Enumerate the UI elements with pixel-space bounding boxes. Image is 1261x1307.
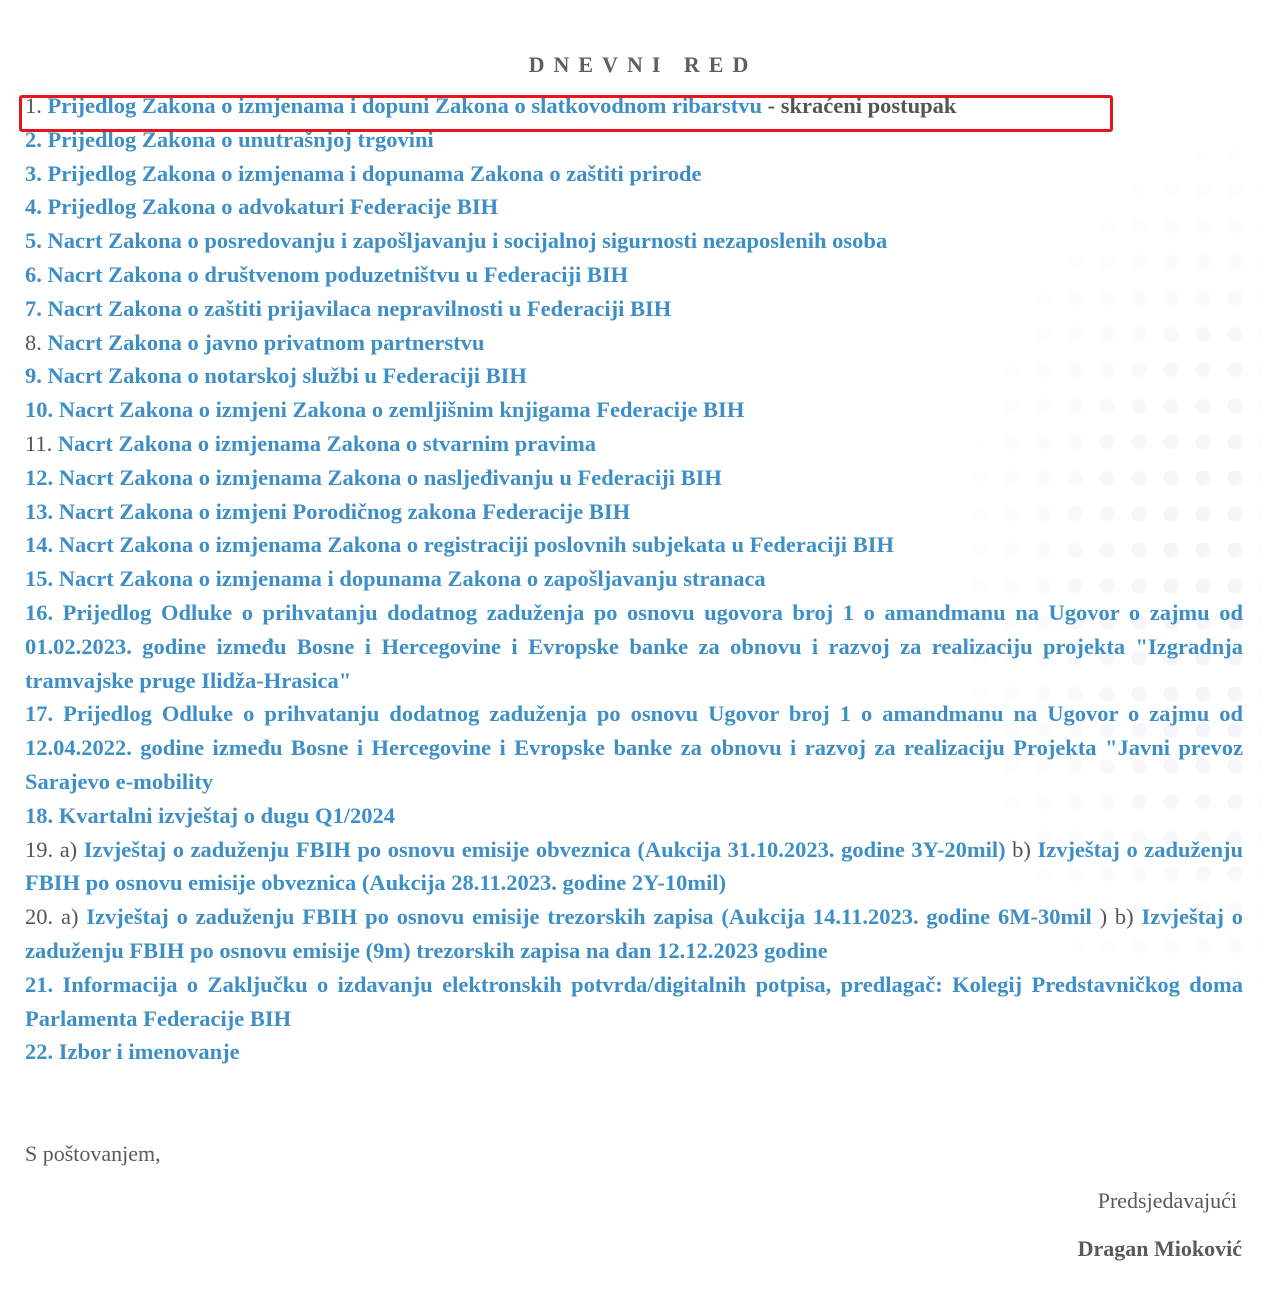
item-number: 17. (25, 701, 53, 726)
agenda-link[interactable]: Kvartalni izvještaj o dugu Q1/2024 (59, 803, 395, 828)
agenda-link[interactable]: Nacrt Zakona o izmjenama Zakona o stvarn… (58, 431, 596, 456)
agenda-link[interactable]: Nacrt Zakona o posredovanju i zapošljava… (48, 228, 888, 253)
agenda-link[interactable]: Prijedlog Zakona o izmjenama i dopuni Za… (48, 93, 762, 118)
agenda-item-22: 22. Izbor i imenovanje (25, 1035, 1243, 1069)
sub-label-a: a) (61, 904, 78, 929)
item-number: 14. (25, 532, 53, 557)
agenda-link-20a[interactable]: Izvještaj o zaduženju FBIH po osnovu emi… (86, 904, 1091, 929)
agenda-link[interactable]: Nacrt Zakona o izmjenama i dopunama Zako… (59, 566, 766, 591)
sub-label-a: a) (60, 837, 77, 862)
agenda-item-21: 21. Informacija o Zaključku o izdavanju … (25, 968, 1243, 1036)
agenda-item-15: 15. Nacrt Zakona o izmjenama i dopunama … (25, 562, 1243, 596)
agenda-link[interactable]: Prijedlog Odluke o prihvatanju dodatnog … (25, 600, 1243, 693)
agenda-item-7: 7. Nacrt Zakona o zaštiti prijavilaca ne… (25, 292, 1243, 326)
agenda-item-11: 11. Nacrt Zakona o izmjenama Zakona o st… (25, 427, 1243, 461)
agenda-link[interactable]: Nacrt Zakona o notarskoj službi u Federa… (48, 363, 527, 388)
agenda-item-10: 10. Nacrt Zakona o izmjeni Zakona o zeml… (25, 393, 1243, 427)
agenda-item-17: 17. Prijedlog Odluke o prihvatanju dodat… (25, 697, 1243, 798)
agenda-link[interactable]: Prijedlog Zakona o izmjenama i dopunama … (48, 161, 702, 186)
agenda-document: DNEVNI RED 1. Prijedlog Zakona o izmjena… (25, 0, 1243, 1069)
agenda-item-5: 5. Nacrt Zakona o posredovanju i zapošlj… (25, 224, 1243, 258)
agenda-item-19: 19. a) Izvještaj o zaduženju FBIH po osn… (25, 833, 1243, 901)
item-number: 13. (25, 499, 53, 524)
item-number: 20. (25, 904, 53, 929)
item-number: 9. (25, 363, 42, 388)
agenda-link[interactable]: Prijedlog Zakona o unutrašnjoj trgovini (48, 127, 434, 152)
agenda-item-16: 16. Prijedlog Odluke o prihvatanju dodat… (25, 596, 1243, 697)
agenda-link[interactable]: Nacrt Zakona o javno privatnom partnerst… (48, 330, 485, 355)
agenda-link[interactable]: Nacrt Zakona o izmjenama Zakona o naslje… (59, 465, 722, 490)
item-number: 7. (25, 296, 42, 321)
agenda-link[interactable]: Nacrt Zakona o društvenom poduzetništvu … (48, 262, 629, 287)
page-title: DNEVNI RED (25, 52, 1243, 84)
procedure-note: - skraćeni postupak (762, 93, 956, 118)
agenda-item-3: 3. Prijedlog Zakona o izmjenama i dopuna… (25, 157, 1243, 191)
item-number: 6. (25, 262, 42, 287)
agenda-list: 1. Prijedlog Zakona o izmjenama i dopuni… (25, 89, 1243, 1069)
item-number: 15. (25, 566, 53, 591)
agenda-item-12: 12. Nacrt Zakona o izmjenama Zakona o na… (25, 461, 1243, 495)
agenda-item-20: 20. a) Izvještaj o zaduženju FBIH po osn… (25, 900, 1243, 968)
item-number: 10. (25, 397, 53, 422)
item-number: 1. (25, 93, 42, 118)
agenda-item-14: 14. Nacrt Zakona o izmjenama Zakona o re… (25, 528, 1243, 562)
agenda-item-18: 18. Kvartalni izvještaj o dugu Q1/2024 (25, 799, 1243, 833)
item-number: 8. (25, 330, 42, 355)
agenda-link[interactable]: 21. Informacija o Zaključku o izdavanju … (25, 972, 1243, 1031)
item-number: 4. (25, 194, 42, 219)
item-number: 5. (25, 228, 42, 253)
item-number: 11. (25, 431, 52, 456)
item-number: 3. (25, 161, 42, 186)
agenda-link-19a[interactable]: Izvještaj o zaduženju FBIH po osnovu emi… (84, 837, 1006, 862)
agenda-item-4: 4. Prijedlog Zakona o advokaturi Federac… (25, 190, 1243, 224)
sub-label-b: b) (1012, 837, 1031, 862)
item-number: 2. (25, 127, 42, 152)
agenda-item-8: 8. Nacrt Zakona o javno privatnom partne… (25, 326, 1243, 360)
agenda-item-1: 1. Prijedlog Zakona o izmjenama i dopuni… (25, 89, 1243, 123)
signatory-role: Predsjedavajući (1098, 1188, 1237, 1214)
signatory-name: Dragan Mioković (1078, 1236, 1242, 1262)
sub-label-b: ) b) (1100, 904, 1134, 929)
agenda-link[interactable]: 22. Izbor i imenovanje (25, 1039, 240, 1064)
agenda-item-2: 2. Prijedlog Zakona o unutrašnjoj trgovi… (25, 123, 1243, 157)
item-number: 19. (25, 837, 53, 862)
agenda-link[interactable]: Nacrt Zakona o izmjeni Porodičnog zakona… (59, 499, 630, 524)
agenda-link[interactable]: Nacrt Zakona o izmjenama Zakona o regist… (59, 532, 894, 557)
item-number: 12. (25, 465, 53, 490)
agenda-link[interactable]: Prijedlog Zakona o advokaturi Federacije… (48, 194, 499, 219)
item-number: 18. (25, 803, 53, 828)
closing-greeting: S poštovanjem, (25, 1141, 161, 1167)
agenda-item-6: 6. Nacrt Zakona o društvenom poduzetništ… (25, 258, 1243, 292)
agenda-link[interactable]: Prijedlog Odluke o prihvatanju dodatnog … (25, 701, 1243, 794)
agenda-item-9: 9. Nacrt Zakona o notarskoj službi u Fed… (25, 359, 1243, 393)
item-number: 16. (25, 600, 53, 625)
agenda-item-13: 13. Nacrt Zakona o izmjeni Porodičnog za… (25, 495, 1243, 529)
agenda-link[interactable]: Nacrt Zakona o zaštiti prijavilaca nepra… (48, 296, 672, 321)
agenda-link[interactable]: Nacrt Zakona o izmjeni Zakona o zemljišn… (59, 397, 745, 422)
